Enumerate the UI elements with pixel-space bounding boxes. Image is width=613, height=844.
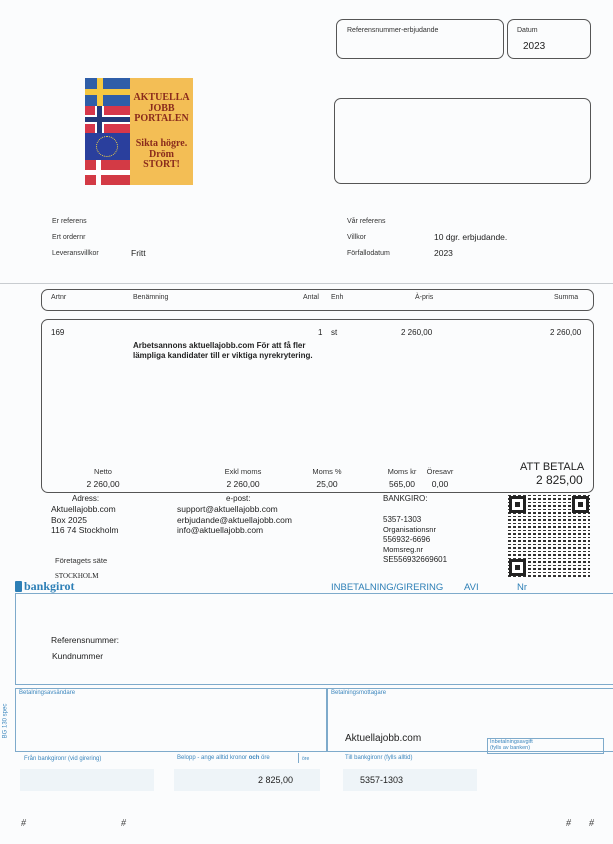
fold-line — [0, 283, 613, 284]
denmark-flag-icon — [85, 160, 130, 185]
email-info[interactable]: info@aktuellajobb.com — [177, 525, 292, 536]
to-pay-label: ATT BETALA — [520, 461, 584, 473]
row-total: 2 260,00 — [550, 328, 581, 337]
receiver-label: Betalningsmottagare — [331, 690, 386, 696]
due-date-label: Förfallodatum — [347, 250, 390, 257]
reference-offer-label: Referensnummer-erbjudande — [347, 27, 438, 34]
reference-number-label: Referensnummer: — [51, 635, 119, 645]
terms-value: 10 dgr. erbjudande. — [434, 232, 507, 242]
ocr-mark-3: # — [566, 818, 571, 829]
col-unit: Enh — [331, 294, 343, 301]
row-quantity: 1 — [318, 328, 322, 337]
email-label: e-post: — [226, 494, 250, 505]
from-bankgiro-label: Från bankgironr (vid girering) — [24, 756, 101, 762]
ocr-mark-4: # — [589, 818, 594, 829]
receiver-value: Aktuellajobb.com — [345, 733, 421, 744]
terms-label: Villkor — [347, 234, 366, 241]
email-offer[interactable]: erbjudande@aktuellajobb.com — [177, 515, 292, 526]
from-bankgiro-field[interactable] — [20, 769, 154, 791]
logo-name: AKTUELLA JOBB PORTALEN — [130, 93, 193, 125]
vat-pct-label: Moms % — [302, 467, 352, 476]
bankgirot-logo: bankgirot — [15, 579, 74, 594]
col-description: Benämning — [133, 294, 168, 301]
reference-offer-box: Referensnummer-erbjudande — [336, 19, 504, 59]
giro-nr-label: Nr — [517, 582, 527, 593]
our-reference-label: Vår referens — [347, 218, 386, 225]
col-unit-price: À-pris — [415, 294, 433, 301]
address-window-box — [334, 98, 591, 184]
qr-code[interactable] — [508, 495, 590, 577]
ore-divider — [298, 753, 299, 763]
ocr-mark-2: # — [121, 818, 126, 829]
amount-label: Belopp - ange alltid kronor och öre — [177, 755, 270, 761]
sender-box — [15, 688, 327, 752]
excl-vat-value: 2 260,00 — [215, 479, 271, 489]
address-block: Aktuellajobb.com Box 2025 116 74 Stockho… — [51, 504, 118, 536]
ore-label: öre — [302, 756, 309, 762]
delivery-terms-value: Fritt — [131, 248, 146, 258]
row-unit: st — [331, 328, 337, 337]
vat-pct-value: 25,00 — [302, 479, 352, 489]
col-total: Summa — [554, 294, 578, 301]
date-label: Datum — [517, 27, 538, 34]
seat-label: Företagets säte — [55, 556, 107, 567]
excl-vat-label: Exkl moms — [215, 467, 271, 476]
row-description: Arbetsannons aktuellajobb.com För att få… — [133, 341, 313, 361]
fee-label: Inbetalningsavgift (fylls av banken) — [490, 739, 533, 751]
eu-flag-icon — [85, 133, 130, 160]
customer-number-label: Kundnummer — [52, 651, 103, 661]
bankgiro-block: 5357-1303 Organisationsnr 556932-6696 Mo… — [383, 515, 447, 565]
rounding-value: 0,00 — [415, 479, 465, 489]
email-block: support@aktuellajobb.com erbjudande@aktu… — [177, 504, 292, 536]
giro-type: AVI — [464, 582, 479, 593]
sweden-flag-icon — [85, 78, 130, 106]
email-support[interactable]: support@aktuellajobb.com — [177, 504, 292, 515]
col-quantity: Antal — [303, 294, 319, 301]
address-label: Adress: — [72, 494, 99, 505]
due-date-value: 2023 — [434, 248, 453, 258]
sender-label: Betalningsavsändare — [19, 690, 75, 696]
net-label: Netto — [78, 467, 128, 476]
net-value: 2 260,00 — [78, 479, 128, 489]
col-artnr: Artnr — [51, 294, 66, 301]
date-value: 2023 — [523, 41, 545, 52]
your-reference-label: Er referens — [52, 218, 87, 225]
rounding-label: Öresavr — [415, 467, 465, 476]
ocr-mark-1: # — [21, 818, 26, 829]
norway-flag-icon — [85, 106, 130, 133]
row-artnr: 169 — [51, 328, 64, 337]
company-logo: AKTUELLA JOBB PORTALEN Sikta högre. Dröm… — [85, 78, 193, 185]
your-order-label: Ert ordernr — [52, 234, 85, 241]
bankgiro-label: BANKGIRO: — [383, 494, 427, 505]
to-pay-value: 2 825,00 — [536, 473, 583, 487]
row-unit-price: 2 260,00 — [401, 328, 432, 337]
to-bankgiro-value: 5357-1303 — [360, 775, 403, 785]
logo-slogan: Sikta högre. Dröm STORT! — [130, 139, 193, 171]
giro-title: INBETALNING/GIRERING — [331, 582, 443, 593]
bankgirot-icon — [15, 581, 22, 592]
amount-value: 2 825,00 — [258, 775, 293, 785]
delivery-terms-label: Leveransvillkor — [52, 250, 99, 257]
to-bankgiro-label: Till bankgironr (fylls alltid) — [345, 755, 412, 761]
date-box: Datum 2023 — [507, 19, 591, 59]
amount-field[interactable] — [174, 769, 320, 791]
side-label: BG 130 spec — [2, 704, 8, 739]
